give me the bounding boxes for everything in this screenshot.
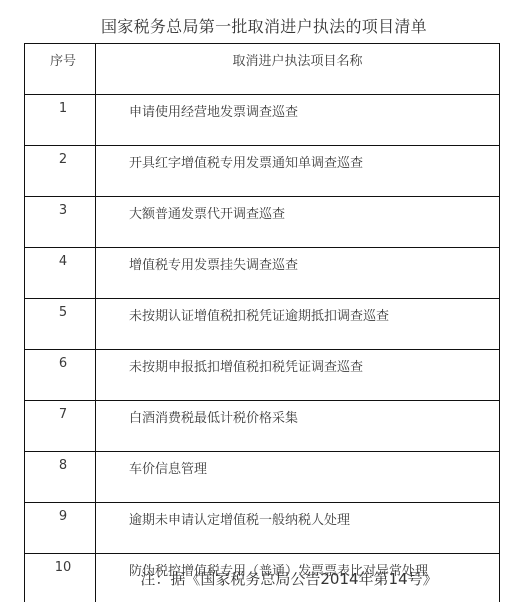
row-number: 3: [25, 197, 96, 248]
row-number: 6: [25, 350, 96, 401]
table-row: 8 车价信息管理: [25, 452, 500, 503]
table-row: 5 未按期认证增值税扣税凭证逾期抵扣调查巡查: [25, 299, 500, 350]
table-row: 3 大额普通发票代开调查巡查: [25, 197, 500, 248]
table-header-row: 序号 取消进户执法项目名称: [25, 44, 500, 95]
table-row: 6 未按期申报抵扣增值税扣税凭证调查巡查: [25, 350, 500, 401]
row-project-name: 申请使用经营地发票调查巡查: [96, 95, 500, 146]
header-serial-number: 序号: [25, 44, 96, 95]
row-project-name: 开具红字增值税专用发票通知单调查巡查: [96, 146, 500, 197]
row-number: 2: [25, 146, 96, 197]
header-project-name: 取消进户执法项目名称: [96, 44, 500, 95]
row-project-name: 逾期未申请认定增值税一般纳税人处理: [96, 503, 500, 554]
table-row: 2 开具红字增值税专用发票通知单调查巡查: [25, 146, 500, 197]
row-project-name: 未按期申报抵扣增值税扣税凭证调查巡查: [96, 350, 500, 401]
table-row: 7 白酒消费税最低计税价格采集: [25, 401, 500, 452]
table-row: 4 增值税专用发票挂失调查巡查: [25, 248, 500, 299]
row-number: 9: [25, 503, 96, 554]
document-title: 国家税务总局第一批取消进户执法的项目清单: [0, 14, 528, 37]
table-row: 1 申请使用经营地发票调查巡查: [25, 95, 500, 146]
row-project-name: 增值税专用发票挂失调查巡查: [96, 248, 500, 299]
row-project-name: 未按期认证增值税扣税凭证逾期抵扣调查巡查: [96, 299, 500, 350]
table-row: 9 逾期未申请认定增值税一般纳税人处理: [25, 503, 500, 554]
source-note: 注：据《国家税务总局公告2014年第14号》: [0, 568, 528, 589]
row-project-name: 白酒消费税最低计税价格采集: [96, 401, 500, 452]
row-number: 7: [25, 401, 96, 452]
row-project-name: 大额普通发票代开调查巡查: [96, 197, 500, 248]
row-number: 4: [25, 248, 96, 299]
row-project-name: 车价信息管理: [96, 452, 500, 503]
row-number: 8: [25, 452, 96, 503]
row-number: 5: [25, 299, 96, 350]
row-number: 1: [25, 95, 96, 146]
project-list-table: 序号 取消进户执法项目名称 1 申请使用经营地发票调查巡查 2 开具红字增值税专…: [24, 43, 500, 602]
